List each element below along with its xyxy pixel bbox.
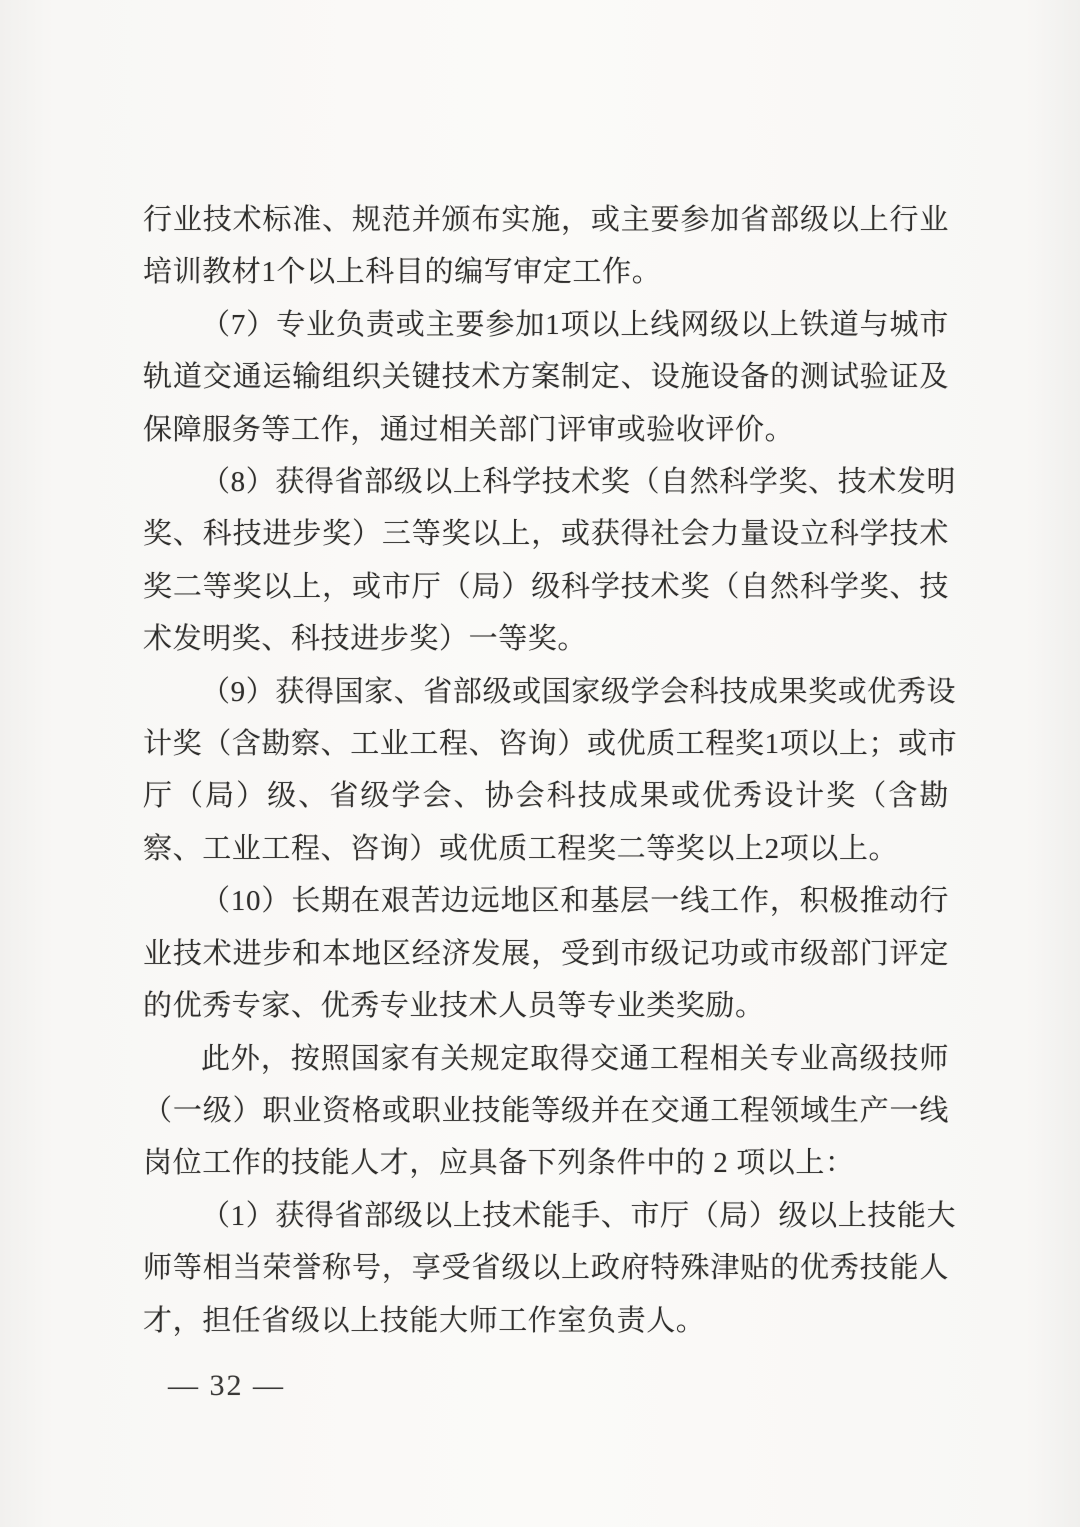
body-text-line: 才，担任省级以上技能大师工作室负责人。 [143, 1295, 949, 1347]
body-text-line: 保障服务等工作，通过相关部门评审或验收评价。 [143, 404, 949, 456]
body-text-line: 察、工业工程、咨询）或优质工程奖二等奖以上2项以上。 [143, 823, 949, 875]
body-text-line: 岗位工作的技能人才，应具备下列条件中的 2 项以上： [143, 1137, 949, 1189]
body-text-line: 术发明奖、科技进步奖）一等奖。 [143, 613, 949, 665]
body-text-line: 行业技术标准、规范并颁布实施，或主要参加省部级以上行业 [143, 194, 949, 246]
page-number: — 32 — [168, 1368, 285, 1404]
body-text-line: （一级）职业资格或职业技能等级并在交通工程领域生产一线 [143, 1085, 949, 1137]
body-text-line: 培训教材1个以上科目的编写审定工作。 [143, 246, 949, 298]
body-text-line: 奖、科技进步奖）三等奖以上，或获得社会力量设立科学技术 [143, 508, 949, 560]
body-text-line: 师等相当荣誉称号，享受省级以上政府特殊津贴的优秀技能人 [143, 1242, 949, 1294]
document-page: 行业技术标准、规范并颁布实施，或主要参加省部级以上行业培训教材1个以上科目的编写… [0, 0, 1080, 1527]
body-text-line: 计奖（含勘察、工业工程、咨询）或优质工程奖1项以上；或市 [143, 718, 949, 770]
body-text-line: 轨道交通运输组织关键技术方案制定、设施设备的测试验证及 [143, 351, 949, 403]
body-text: 行业技术标准、规范并颁布实施，或主要参加省部级以上行业培训教材1个以上科目的编写… [143, 194, 949, 1347]
body-text-line: （10）长期在艰苦边远地区和基层一线工作，积极推动行 [143, 875, 949, 927]
body-text-line: （1）获得省部级以上技术能手、市厅（局）级以上技能大 [143, 1190, 949, 1242]
body-text-line: （9）获得国家、省部级或国家级学会科技成果奖或优秀设 [143, 666, 949, 718]
body-text-line: 业技术进步和本地区经济发展，受到市级记功或市级部门评定 [143, 928, 949, 980]
body-text-line: 的优秀专家、优秀专业技术人员等专业类奖励。 [143, 980, 949, 1032]
body-text-line: （7）专业负责或主要参加1项以上线网级以上铁道与城市 [143, 299, 949, 351]
body-text-line: 此外，按照国家有关规定取得交通工程相关专业高级技师 [143, 1033, 949, 1085]
body-text-line: 厅（局）级、省级学会、协会科技成果或优秀设计奖（含勘 [143, 770, 949, 822]
body-text-line: 奖二等奖以上，或市厅（局）级科学技术奖（自然科学奖、技 [143, 561, 949, 613]
body-text-line: （8）获得省部级以上科学技术奖（自然科学奖、技术发明 [143, 456, 949, 508]
